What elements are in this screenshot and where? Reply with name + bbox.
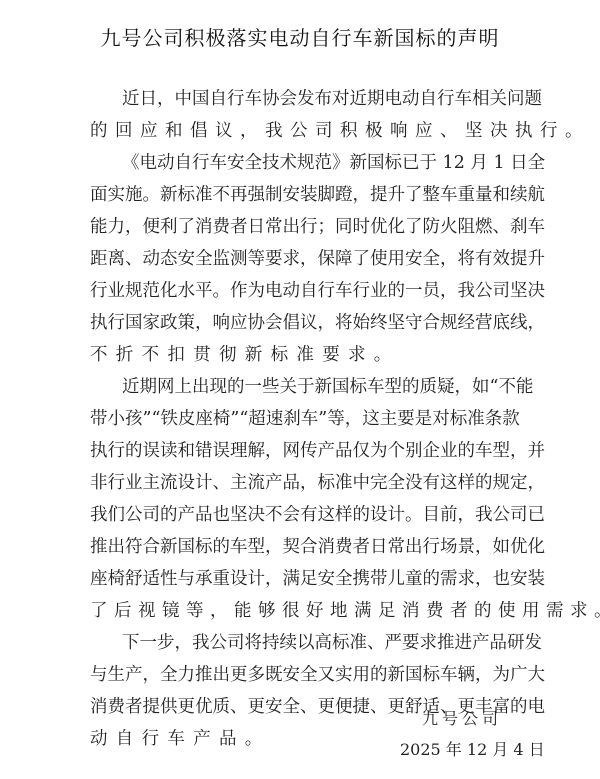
paragraph-2-line-4: 距离、动态安全监测等要求，保障了使用安全，将有效提升 — [90, 246, 510, 272]
paragraph-1-line-2: 的回应和倡议，我公司积极响应、坚决执行。 — [90, 118, 510, 144]
paragraph-3-line-6: 推出符合新国标的车型，契合消费者日常出行场景，如优化 — [90, 534, 510, 560]
signature-company: 九号公司 — [422, 706, 502, 729]
paragraph-2-line-6: 执行国家政策，响应协会倡议，将始终坚守合规经营底线， — [90, 310, 510, 336]
paragraph-3-line-2: 带小孩”“铁皮座椅”“超速刹车”等，这主要是对标准条款 — [90, 406, 510, 432]
document-title: 九号公司积极落实电动自行车新国标的声明 — [0, 22, 600, 51]
paragraph-2-line-5: 行业规范化水平。作为电动自行车行业的一员，我公司坚决 — [90, 278, 510, 304]
paragraph-3-line-5: 我们公司的产品也坚决不会有这样的设计。目前，我公司已 — [90, 502, 510, 528]
paragraph-2-line-1: 《电动自行车安全技术规范》新国标已于 12 月 1 日全 — [122, 150, 510, 176]
paragraph-2-line-7: 不折不扣贯彻新标准要求。 — [90, 342, 510, 368]
paragraph-3-line-4: 非行业主流设计、主流产品，标准中完全没有这样的规定， — [90, 470, 510, 496]
paragraph-3-line-3: 执行的误读和错误理解，网传产品仅为个别企业的车型，并 — [90, 438, 510, 464]
paragraph-2-line-2: 面实施。新标准不再强制安装脚蹬，提升了整车重量和续航 — [90, 182, 510, 208]
paragraph-3-line-1: 近期网上出现的一些关于新国标车型的质疑，如“不能 — [122, 374, 510, 400]
paragraph-3-line-7: 座椅舒适性与承重设计，满足安全携带儿童的需求，也安装 — [90, 566, 510, 592]
paragraph-4-line-1: 下一步，我公司将持续以高标准、严要求推进产品研发 — [122, 630, 510, 656]
paragraph-4-line-2: 与生产，全力推出更多既安全又实用的新国标车辆，为广大 — [90, 662, 510, 688]
signature-date: 2025 年 12 月 4 日 — [400, 737, 545, 760]
paragraph-3-line-8: 了后视镜等，能够很好地满足消费者的使用需求。 — [90, 598, 510, 624]
paragraph-1-line-1: 近日，中国自行车协会发布对近期电动自行车相关问题 — [122, 86, 510, 112]
paragraph-2-line-3: 能力，便利了消费者日常出行；同时优化了防火阻燃、刹车 — [90, 214, 510, 240]
